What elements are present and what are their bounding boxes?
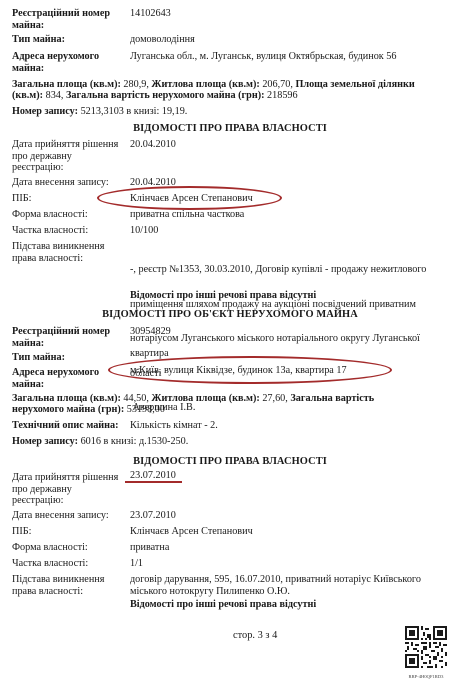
property-value-label-cont: нерухомого майна (грн): [12,404,124,415]
ownership-basis-value: договір дарування, 595, 16.07.2010, прив… [130,574,421,597]
decision-date-value: 20.04.2010 [130,139,176,151]
ownership-form-label: Форма власності: [12,542,88,554]
land-area-label-cont: (кв.м): [12,90,43,101]
label-line: права власності: [12,253,104,265]
decision-date-value: 23.07.2010 [130,470,176,482]
owner-name-label: ПІБ: [12,526,31,538]
record-value: 6016 в книзі: д.1530-250. [78,436,188,447]
highlight-ellipse-owner-name [97,186,282,210]
address-label: Адреса нерухомого майна: [12,51,117,74]
qr-code-icon [405,626,447,668]
property-value: 218596 [265,90,298,101]
label-line: права власності: [12,586,104,598]
area-line-1: Загальна площа (кв.м): 44,50, Житлова пл… [12,393,442,405]
reg-number-label: Реєстраційний номер майна: [12,8,122,31]
label-line: про державну [12,484,118,496]
label-line: Дата прийняття рішення [12,472,118,484]
label-line: Підстава виникнення [12,241,104,253]
record-number: Номер запису: 6016 в книзі: д.1530-250. [12,436,442,448]
area-line-1: Загальна площа (кв.м): 280,9, Житлова пл… [12,79,442,91]
page-number: стор. 3 з 4 [233,630,277,641]
basis-line: нотаріусом Луганського міського нотаріал… [130,333,426,345]
label-line: реєстрацію: [12,495,118,507]
label-line: реєстрацію: [12,162,118,174]
property-value-label: Загальна вартість нерухомого майна (грн)… [66,90,265,101]
ownership-basis-label: Підстава виникнення права власності: [12,574,104,597]
label-line: про державну [12,151,118,163]
ownership-share-value: 1/1 [130,558,143,570]
record-label: Номер запису: [12,106,78,117]
label-line: Дата прийняття рішення [12,139,118,151]
reg-number-label: Реєстраційний номер майна: [12,326,122,349]
total-area-value: 280,9, [121,79,152,90]
decision-date-label: Дата прийняття рішення про державну реєс… [12,139,118,174]
basis-line: договір дарування, 595, 16.07.2010, прив… [130,574,421,586]
ownership-form-label: Форма власності: [12,209,88,221]
ownership-form-value: приватна [130,542,169,554]
area-line-2: (кв.м): 834, Загальна вартість нерухомог… [12,90,442,102]
record-number: Номер запису: 5213,3103 в книзі: 19,19. [12,106,442,118]
property-value: 53198,00 [124,404,165,415]
property-type-value: домоволодіння [130,34,195,46]
section-heading-ownership-rights: ВІДОМОСТІ ПРО ПРАВА ВЛАСНОСТІ [0,123,460,135]
ownership-form-value: приватна спільна часткова [130,209,244,221]
property-type-label: Тип майна: [12,34,65,46]
living-area-value: 27,60, [260,393,291,404]
section-heading-ownership-rights: ВІДОМОСТІ ПРО ПРАВА ВЛАСНОСТІ [0,456,460,468]
living-area-label: Житлова площа (кв.м): [151,79,259,90]
reg-number-value: 14102643 [130,8,171,20]
basis-line: міського нотокругу Пилипенко О.Ю. [130,586,421,598]
address-label: Адреса нерухомого майна: [12,367,117,390]
highlight-ellipse-address [108,356,392,384]
living-area-value: 206,70, [260,79,296,90]
other-rights-absent: Відомості про інші речові права відсутні [130,290,316,302]
entry-date-value: 23.07.2010 [130,510,176,522]
ownership-share-label: Частка власності: [12,225,88,237]
entry-date-label: Дата внесення запису: [12,510,109,522]
basis-line: -, реєстр №1353, 30.03.2010, Договір куп… [130,264,426,276]
ownership-basis-label: Підстава виникнення права власності: [12,241,104,264]
qr-code-label: RRP-4H0QF1RD3 [398,674,454,679]
tech-description-label: Технічний опис майна: [12,420,119,432]
property-type-label: Тип майна: [12,352,65,364]
address-value: Луганська обл., м. Луганськ, вулиця Октя… [130,51,397,63]
record-value: 5213,3103 в книзі: 19,19. [78,106,187,117]
section-heading-property-object: ВІДОМОСТІ ПРО ОБ'ЄКТ НЕРУХОМОГО МАЙНА [0,309,460,321]
label-line: Підстава виникнення [12,574,104,586]
reg-number-value: 30954829 [130,326,171,338]
owner-name-value: Клінчаєв Арсен Степанович [130,526,253,538]
total-area-label: Загальна площа (кв.м): [12,393,121,404]
tech-description-value: Кількість кімнат - 2. [130,420,218,432]
decision-date-label: Дата прийняття рішення про державну реєс… [12,472,118,507]
total-area-label: Загальна площа (кв.м): [12,79,121,90]
entry-date-label: Дата внесення запису: [12,177,109,189]
ownership-share-label: Частка власності: [12,558,88,570]
area-line-2: нерухомого майна (грн): 53198,00 [12,404,442,416]
highlight-underline-decision-date [125,481,182,483]
property-type-value: квартира [130,348,169,360]
owner-name-label: ПІБ: [12,193,31,205]
land-area-label: Площа земельної ділянки [295,79,414,90]
property-value-label: Загальна вартість [290,393,374,404]
record-label: Номер запису: [12,436,78,447]
label-text: Реєстраційний номер майна: [12,8,122,31]
other-rights-absent: Відомості про інші речові права відсутні [130,599,316,611]
land-area-value: 834, [43,90,66,101]
total-area-value: 44,50, [121,393,152,404]
living-area-label: Житлова площа (кв.м): [151,393,259,404]
ownership-share-value: 10/100 [130,225,158,237]
